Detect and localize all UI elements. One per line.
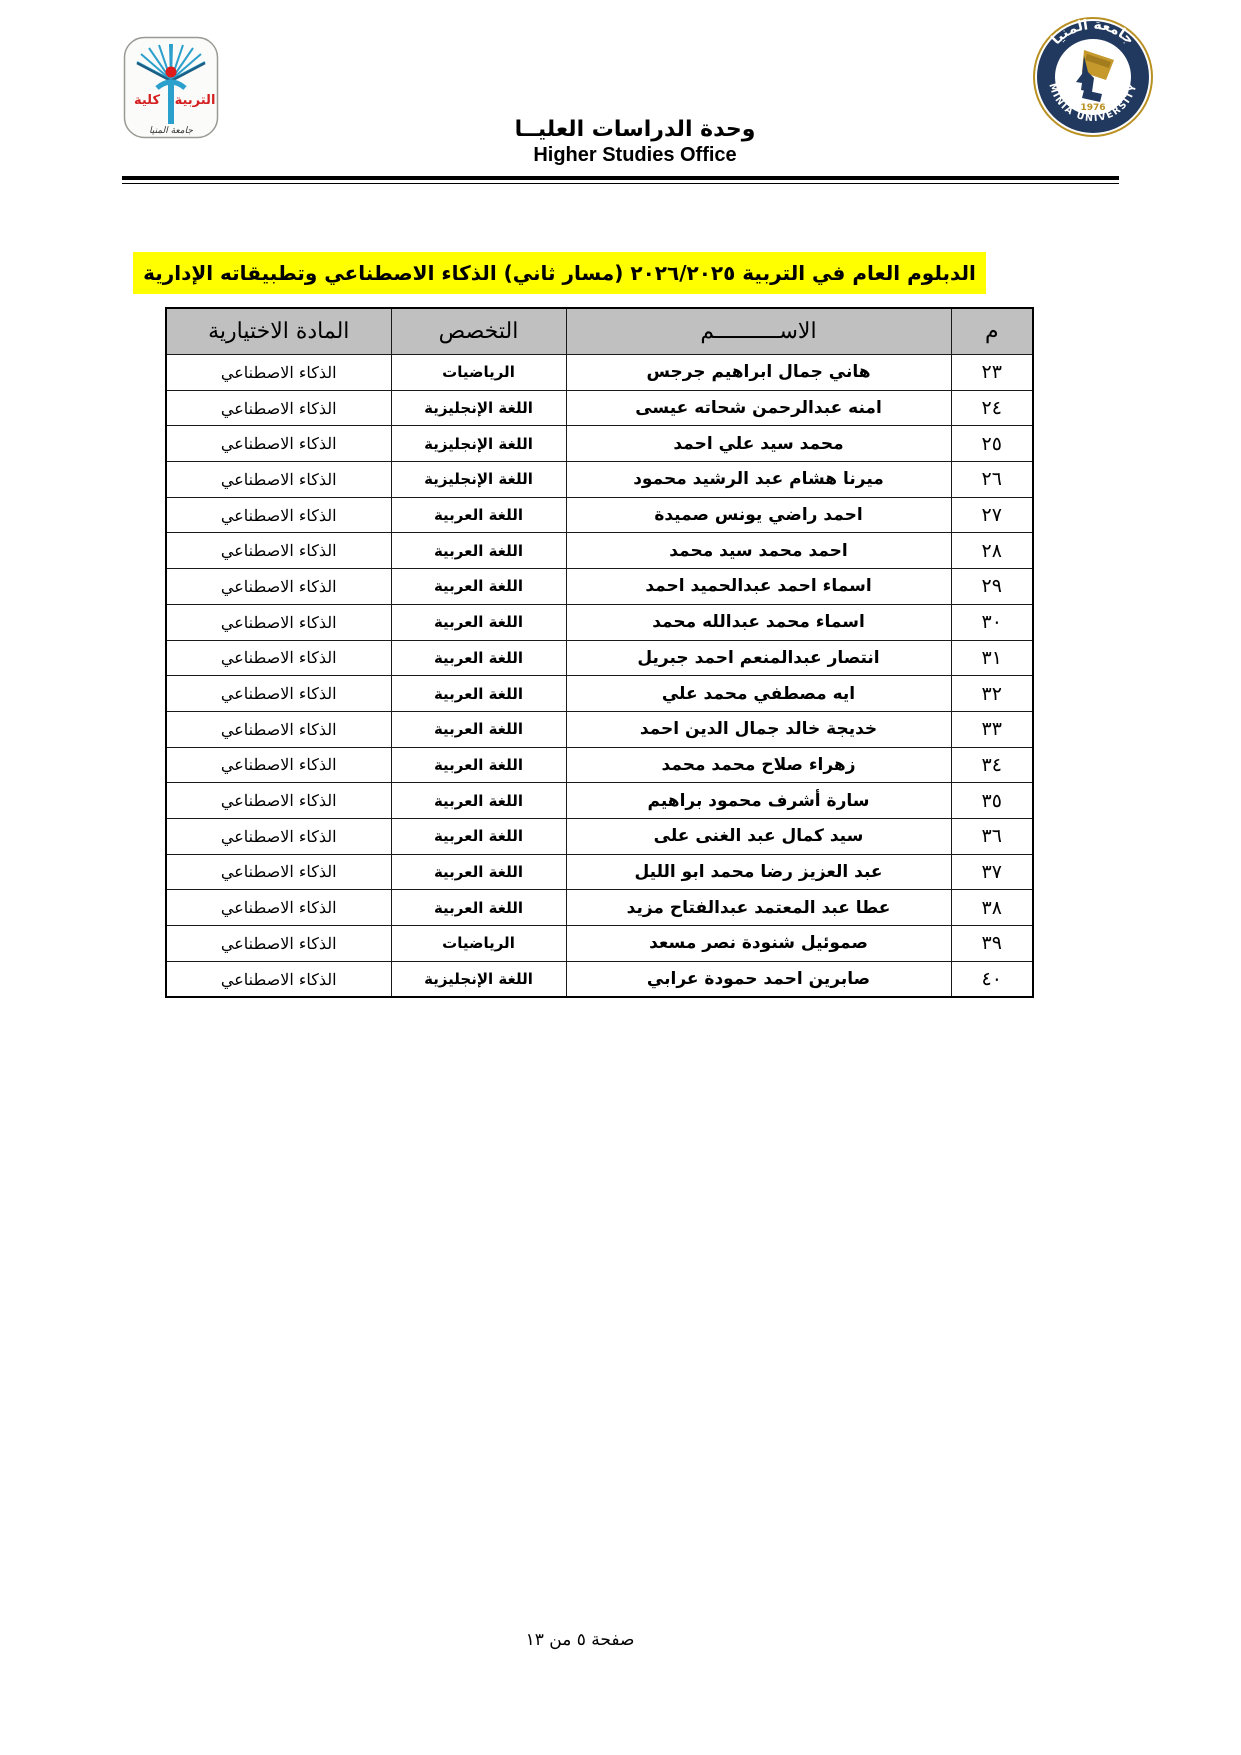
row-number-cell: ٣٣ <box>951 711 1033 747</box>
elective-cell: الذكاء الاصطناعي <box>166 818 391 854</box>
student-name-cell: صابرين احمد حمودة عرابي <box>566 961 951 997</box>
table-row: ٢٧ احمد راضي يونس صميدة اللغة العربية ال… <box>166 497 1033 533</box>
table-row: ٣٤ زهراء صلاح محمد محمد اللغة العربية ال… <box>166 747 1033 783</box>
table-row: ٣٣ خديجة خالد جمال الدين احمد اللغة العر… <box>166 711 1033 747</box>
elective-cell: الذكاء الاصطناعي <box>166 711 391 747</box>
elective-cell: الذكاء الاصطناعي <box>166 497 391 533</box>
specialization-cell: اللغة العربية <box>391 818 566 854</box>
specialization-cell: اللغة العربية <box>391 569 566 605</box>
student-name-cell: هاني جمال ابراهيم جرجس <box>566 355 951 391</box>
student-name-cell: امنه عبدالرحمن شحاته عيسى <box>566 390 951 426</box>
student-name-cell: سارة أشرف محمود براهيم <box>566 783 951 819</box>
student-name-cell: عطا عبد المعتمد عبدالفتاح مزيد <box>566 890 951 926</box>
row-number-cell: ٢٣ <box>951 355 1033 391</box>
elective-cell: الذكاء الاصطناعي <box>166 783 391 819</box>
students-table: م الاســــــــــم التخصص المادة الاختيار… <box>165 307 1034 998</box>
specialization-cell: اللغة العربية <box>391 497 566 533</box>
elective-cell: الذكاء الاصطناعي <box>166 390 391 426</box>
student-name-cell: عبد العزيز رضا محمد ابو الليل <box>566 854 951 890</box>
student-name-cell: زهراء صلاح محمد محمد <box>566 747 951 783</box>
elective-cell: الذكاء الاصطناعي <box>166 890 391 926</box>
header-titles: وحدة الدراسات العليــا Higher Studies Of… <box>400 116 870 167</box>
row-number-cell: ٣٨ <box>951 890 1033 926</box>
header-elective: المادة الاختيارية <box>166 308 391 355</box>
specialization-cell: اللغة العربية <box>391 854 566 890</box>
elective-cell: الذكاء الاصطناعي <box>166 676 391 712</box>
table-row: ٣٢ ايه مصطفي محمد علي اللغة العربية الذك… <box>166 676 1033 712</box>
specialization-cell: اللغة الإنجليزية <box>391 961 566 997</box>
student-name-cell: صموئيل شنودة نصر مسعد <box>566 926 951 962</box>
document-page: كلية التربية جامعة المنيا وحدة الدراسات … <box>0 0 1241 1755</box>
elective-cell: الذكاء الاصطناعي <box>166 355 391 391</box>
table-row: ٣٠ اسماء محمد عبدالله محمد اللغة العربية… <box>166 604 1033 640</box>
specialization-cell: اللغة العربية <box>391 890 566 926</box>
student-name-cell: اسماء محمد عبدالله محمد <box>566 604 951 640</box>
elective-cell: الذكاء الاصطناعي <box>166 961 391 997</box>
faculty-word-left: كلية <box>134 93 160 108</box>
table-row: ٢٩ اسماء احمد عبدالحميد احمد اللغة العرب… <box>166 569 1033 605</box>
row-number-cell: ٢٧ <box>951 497 1033 533</box>
faculty-word-right: التربية <box>175 93 216 108</box>
table-row: ٣٨ عطا عبد المعتمد عبدالفتاح مزيد اللغة … <box>166 890 1033 926</box>
elective-cell: الذكاء الاصطناعي <box>166 604 391 640</box>
table-row: ٢٥ محمد سيد علي احمد اللغة الإنجليزية ال… <box>166 426 1033 462</box>
elective-cell: الذكاء الاصطناعي <box>166 926 391 962</box>
minia-university-icon: جامعة المنيا MINIA UNIVERSITY 1976 <box>1032 16 1154 138</box>
specialization-cell: اللغة العربية <box>391 711 566 747</box>
row-number-cell: ٣٦ <box>951 818 1033 854</box>
header-name: الاســــــــــم <box>566 308 951 355</box>
page-number-label: صفحة ٥ من ١٣ <box>0 1630 1160 1650</box>
table-row: ٢٣ هاني جمال ابراهيم جرجس الرياضيات الذك… <box>166 355 1033 391</box>
faculty-logo: كلية التربية جامعة المنيا <box>123 36 219 144</box>
specialization-cell: اللغة العربية <box>391 783 566 819</box>
header-specialization: التخصص <box>391 308 566 355</box>
elective-cell: الذكاء الاصطناعي <box>166 854 391 890</box>
row-number-cell: ٢٩ <box>951 569 1033 605</box>
table-row: ٤٠ صابرين احمد حمودة عرابي اللغة الإنجلي… <box>166 961 1033 997</box>
table-row: ٣٩ صموئيل شنودة نصر مسعد الرياضيات الذكا… <box>166 926 1033 962</box>
elective-cell: الذكاء الاصطناعي <box>166 747 391 783</box>
row-number-cell: ٢٨ <box>951 533 1033 569</box>
student-name-cell: انتصار عبدالمنعم احمد جبريل <box>566 640 951 676</box>
row-number-cell: ٣١ <box>951 640 1033 676</box>
header-number: م <box>951 308 1033 355</box>
student-name-cell: ايه مصطفي محمد علي <box>566 676 951 712</box>
student-name-cell: خديجة خالد جمال الدين احمد <box>566 711 951 747</box>
student-name-cell: احمد محمد سيد محمد <box>566 533 951 569</box>
student-name-cell: احمد راضي يونس صميدة <box>566 497 951 533</box>
table-header-row: م الاســــــــــم التخصص المادة الاختيار… <box>166 308 1033 355</box>
row-number-cell: ٣٧ <box>951 854 1033 890</box>
header-divider <box>122 176 1119 184</box>
elective-cell: الذكاء الاصطناعي <box>166 569 391 605</box>
row-number-cell: ٣٢ <box>951 676 1033 712</box>
faculty-subtitle: جامعة المنيا <box>149 126 193 136</box>
table-row: ٣٦ سيد كمال عبد الغنى على اللغة العربية … <box>166 818 1033 854</box>
university-year: 1976 <box>1080 103 1105 113</box>
student-name-cell: سيد كمال عبد الغنى على <box>566 818 951 854</box>
specialization-cell: الرياضيات <box>391 355 566 391</box>
specialization-cell: اللغة الإنجليزية <box>391 462 566 498</box>
elective-cell: الذكاء الاصطناعي <box>166 426 391 462</box>
specialization-cell: اللغة العربية <box>391 533 566 569</box>
row-number-cell: ٣٥ <box>951 783 1033 819</box>
unit-title-arabic: وحدة الدراسات العليــا <box>400 116 870 144</box>
table-row: ٣٧ عبد العزيز رضا محمد ابو الليل اللغة ا… <box>166 854 1033 890</box>
table-row: ٢٤ امنه عبدالرحمن شحاته عيسى اللغة الإنج… <box>166 390 1033 426</box>
specialization-cell: اللغة العربية <box>391 640 566 676</box>
row-number-cell: ٣٤ <box>951 747 1033 783</box>
row-number-cell: ٤٠ <box>951 961 1033 997</box>
row-number-cell: ٣٩ <box>951 926 1033 962</box>
table-row: ٣٥ سارة أشرف محمود براهيم اللغة العربية … <box>166 783 1033 819</box>
student-name-cell: اسماء احمد عبدالحميد احمد <box>566 569 951 605</box>
elective-cell: الذكاء الاصطناعي <box>166 533 391 569</box>
elective-cell: الذكاء الاصطناعي <box>166 640 391 676</box>
table-row: ٣١ انتصار عبدالمنعم احمد جبريل اللغة الع… <box>166 640 1033 676</box>
table-row: ٢٨ احمد محمد سيد محمد اللغة العربية الذك… <box>166 533 1033 569</box>
row-number-cell: ٢٥ <box>951 426 1033 462</box>
elective-cell: الذكاء الاصطناعي <box>166 462 391 498</box>
students-table-wrapper: م الاســــــــــم التخصص المادة الاختيار… <box>165 307 1032 998</box>
specialization-cell: اللغة العربية <box>391 604 566 640</box>
student-name-cell: محمد سيد علي احمد <box>566 426 951 462</box>
specialization-cell: اللغة الإنجليزية <box>391 426 566 462</box>
row-number-cell: ٢٤ <box>951 390 1033 426</box>
student-name-cell: ميرنا هشام عبد الرشيد محمود <box>566 462 951 498</box>
faculty-of-education-icon: كلية التربية جامعة المنيا <box>123 36 219 144</box>
specialization-cell: اللغة العربية <box>391 747 566 783</box>
specialization-cell: اللغة الإنجليزية <box>391 390 566 426</box>
university-logo: جامعة المنيا MINIA UNIVERSITY 1976 <box>1032 16 1154 140</box>
specialization-cell: اللغة العربية <box>391 676 566 712</box>
row-number-cell: ٢٦ <box>951 462 1033 498</box>
row-number-cell: ٣٠ <box>951 604 1033 640</box>
unit-title-english: Higher Studies Office <box>400 144 870 167</box>
table-row: ٢٦ ميرنا هشام عبد الرشيد محمود اللغة الإ… <box>166 462 1033 498</box>
program-title-banner: الدبلوم العام في التربية ٢٠٢٦/٢٠٢٥ (مسار… <box>133 252 986 294</box>
specialization-cell: الرياضيات <box>391 926 566 962</box>
